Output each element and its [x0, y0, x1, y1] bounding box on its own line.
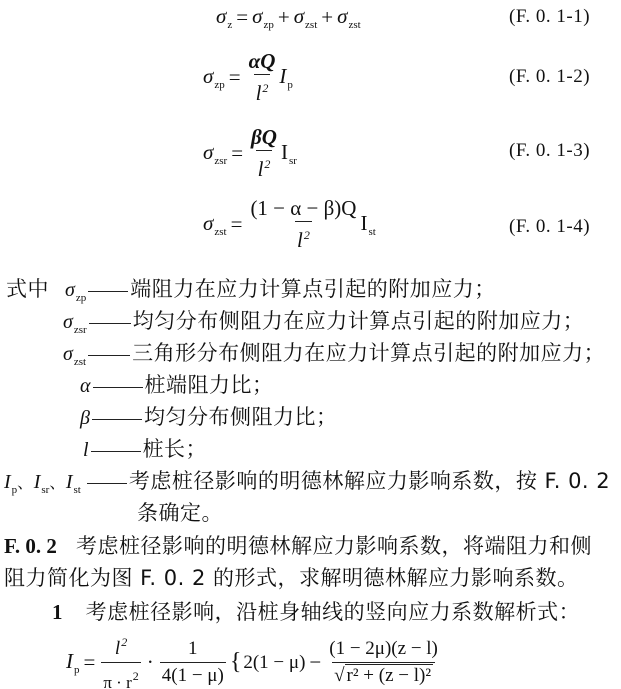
em-dash — [93, 387, 143, 388]
em-dash — [87, 483, 127, 484]
fraction: αQ l2 — [247, 49, 278, 105]
clause-text: 考虑桩径影响，沿桩身轴线的竖向应力系数解析式： — [86, 600, 581, 624]
where-item-influence-coefficients: Ip、Isr、Ist考虑桩径影响的明德林解应力影响系数，按 F. 0. 2 — [4, 465, 610, 496]
where-item-continuation: 条确定。 — [137, 497, 223, 527]
section-f-0-2: F. 0. 2 考虑桩径影响的明德林解应力影响系数，将端阻力和侧 — [4, 530, 592, 560]
equation-number-1: (F. 0. 1-1) — [509, 6, 590, 28]
equation-number-4: (F. 0. 1-4) — [509, 216, 590, 238]
sigma-zst-2: σzst — [337, 4, 361, 31]
equation-number-2: (F. 0. 1-2) — [509, 66, 590, 88]
sigma-zp: σzp — [203, 64, 225, 91]
where-item-l: l桩长； — [83, 433, 207, 463]
section-text-line2: 阻力简化为图 F. 0. 2 的形式，求解明德林解应力影响系数。 — [4, 562, 578, 592]
equation-number-3: (F. 0. 1-3) — [509, 140, 590, 162]
section-number: F. 0. 2 — [4, 534, 57, 558]
where-item-alpha: α桩端阻力比； — [80, 369, 274, 399]
em-dash — [92, 419, 142, 420]
section-text-line1: 考虑桩径影响的明德林解应力影响系数，将端阻力和侧 — [76, 534, 592, 558]
em-dash — [91, 451, 141, 452]
i-sr: Isr — [281, 140, 297, 167]
equation-f-0-1-2: σzp = αQ l2 Ip — [203, 49, 293, 105]
equation-ip: Ip = l2 π · r2 · 1 4(1 − μ) { 2(1 − μ) −… — [66, 630, 442, 689]
sigma-zp: σzp — [252, 4, 274, 31]
i-p: Ip — [279, 64, 293, 91]
where-item-sigma-zsr: σzsr均匀分布侧阻力在应力计算点引起的附加应力； — [63, 305, 584, 336]
clause-number: 1 — [52, 600, 63, 624]
em-dash — [88, 291, 128, 292]
i-p: Ip — [66, 649, 80, 676]
fraction: (1 − α − β)Q l2 — [248, 196, 358, 252]
where-item-sigma-zst: σzst三角形分布侧阻力在应力计算点引起的附加应力； — [63, 337, 605, 368]
where-item-sigma-zp: σzp端阻力在应力计算点引起的附加应力； — [65, 273, 496, 304]
clause-1: 1 考虑桩径影响，沿桩身轴线的竖向应力系数解析式： — [52, 596, 580, 626]
equation-f-0-1-3: σzsr = βQ l2 Isr — [203, 125, 297, 181]
sigma-zst-1: σzst — [294, 4, 318, 31]
where-intro: 式中 — [6, 273, 49, 303]
equation-f-0-1-1: σz = σzp + σzst + σzst — [216, 4, 361, 31]
sigma-zsr: σzsr — [203, 140, 227, 167]
em-dash — [88, 355, 130, 356]
sigma-z: σz — [216, 4, 232, 31]
fraction: βQ l2 — [249, 125, 279, 181]
equation-f-0-1-4: σzst = (1 − α − β)Q l2 Ist — [203, 196, 376, 252]
where-item-beta: β均匀分布侧阻力比； — [80, 401, 337, 431]
fraction-l2-pi-r2: l2 π · r2 — [101, 630, 140, 689]
sigma-zst: σzst — [203, 211, 227, 238]
fraction-one-over-4-1-mu: 1 4(1 − μ) — [160, 637, 226, 688]
em-dash — [89, 323, 131, 324]
fraction-sqrt: (1 − 2μ)(z − l) √r² + (z − l)² — [327, 637, 440, 688]
i-st: Ist — [360, 211, 375, 238]
